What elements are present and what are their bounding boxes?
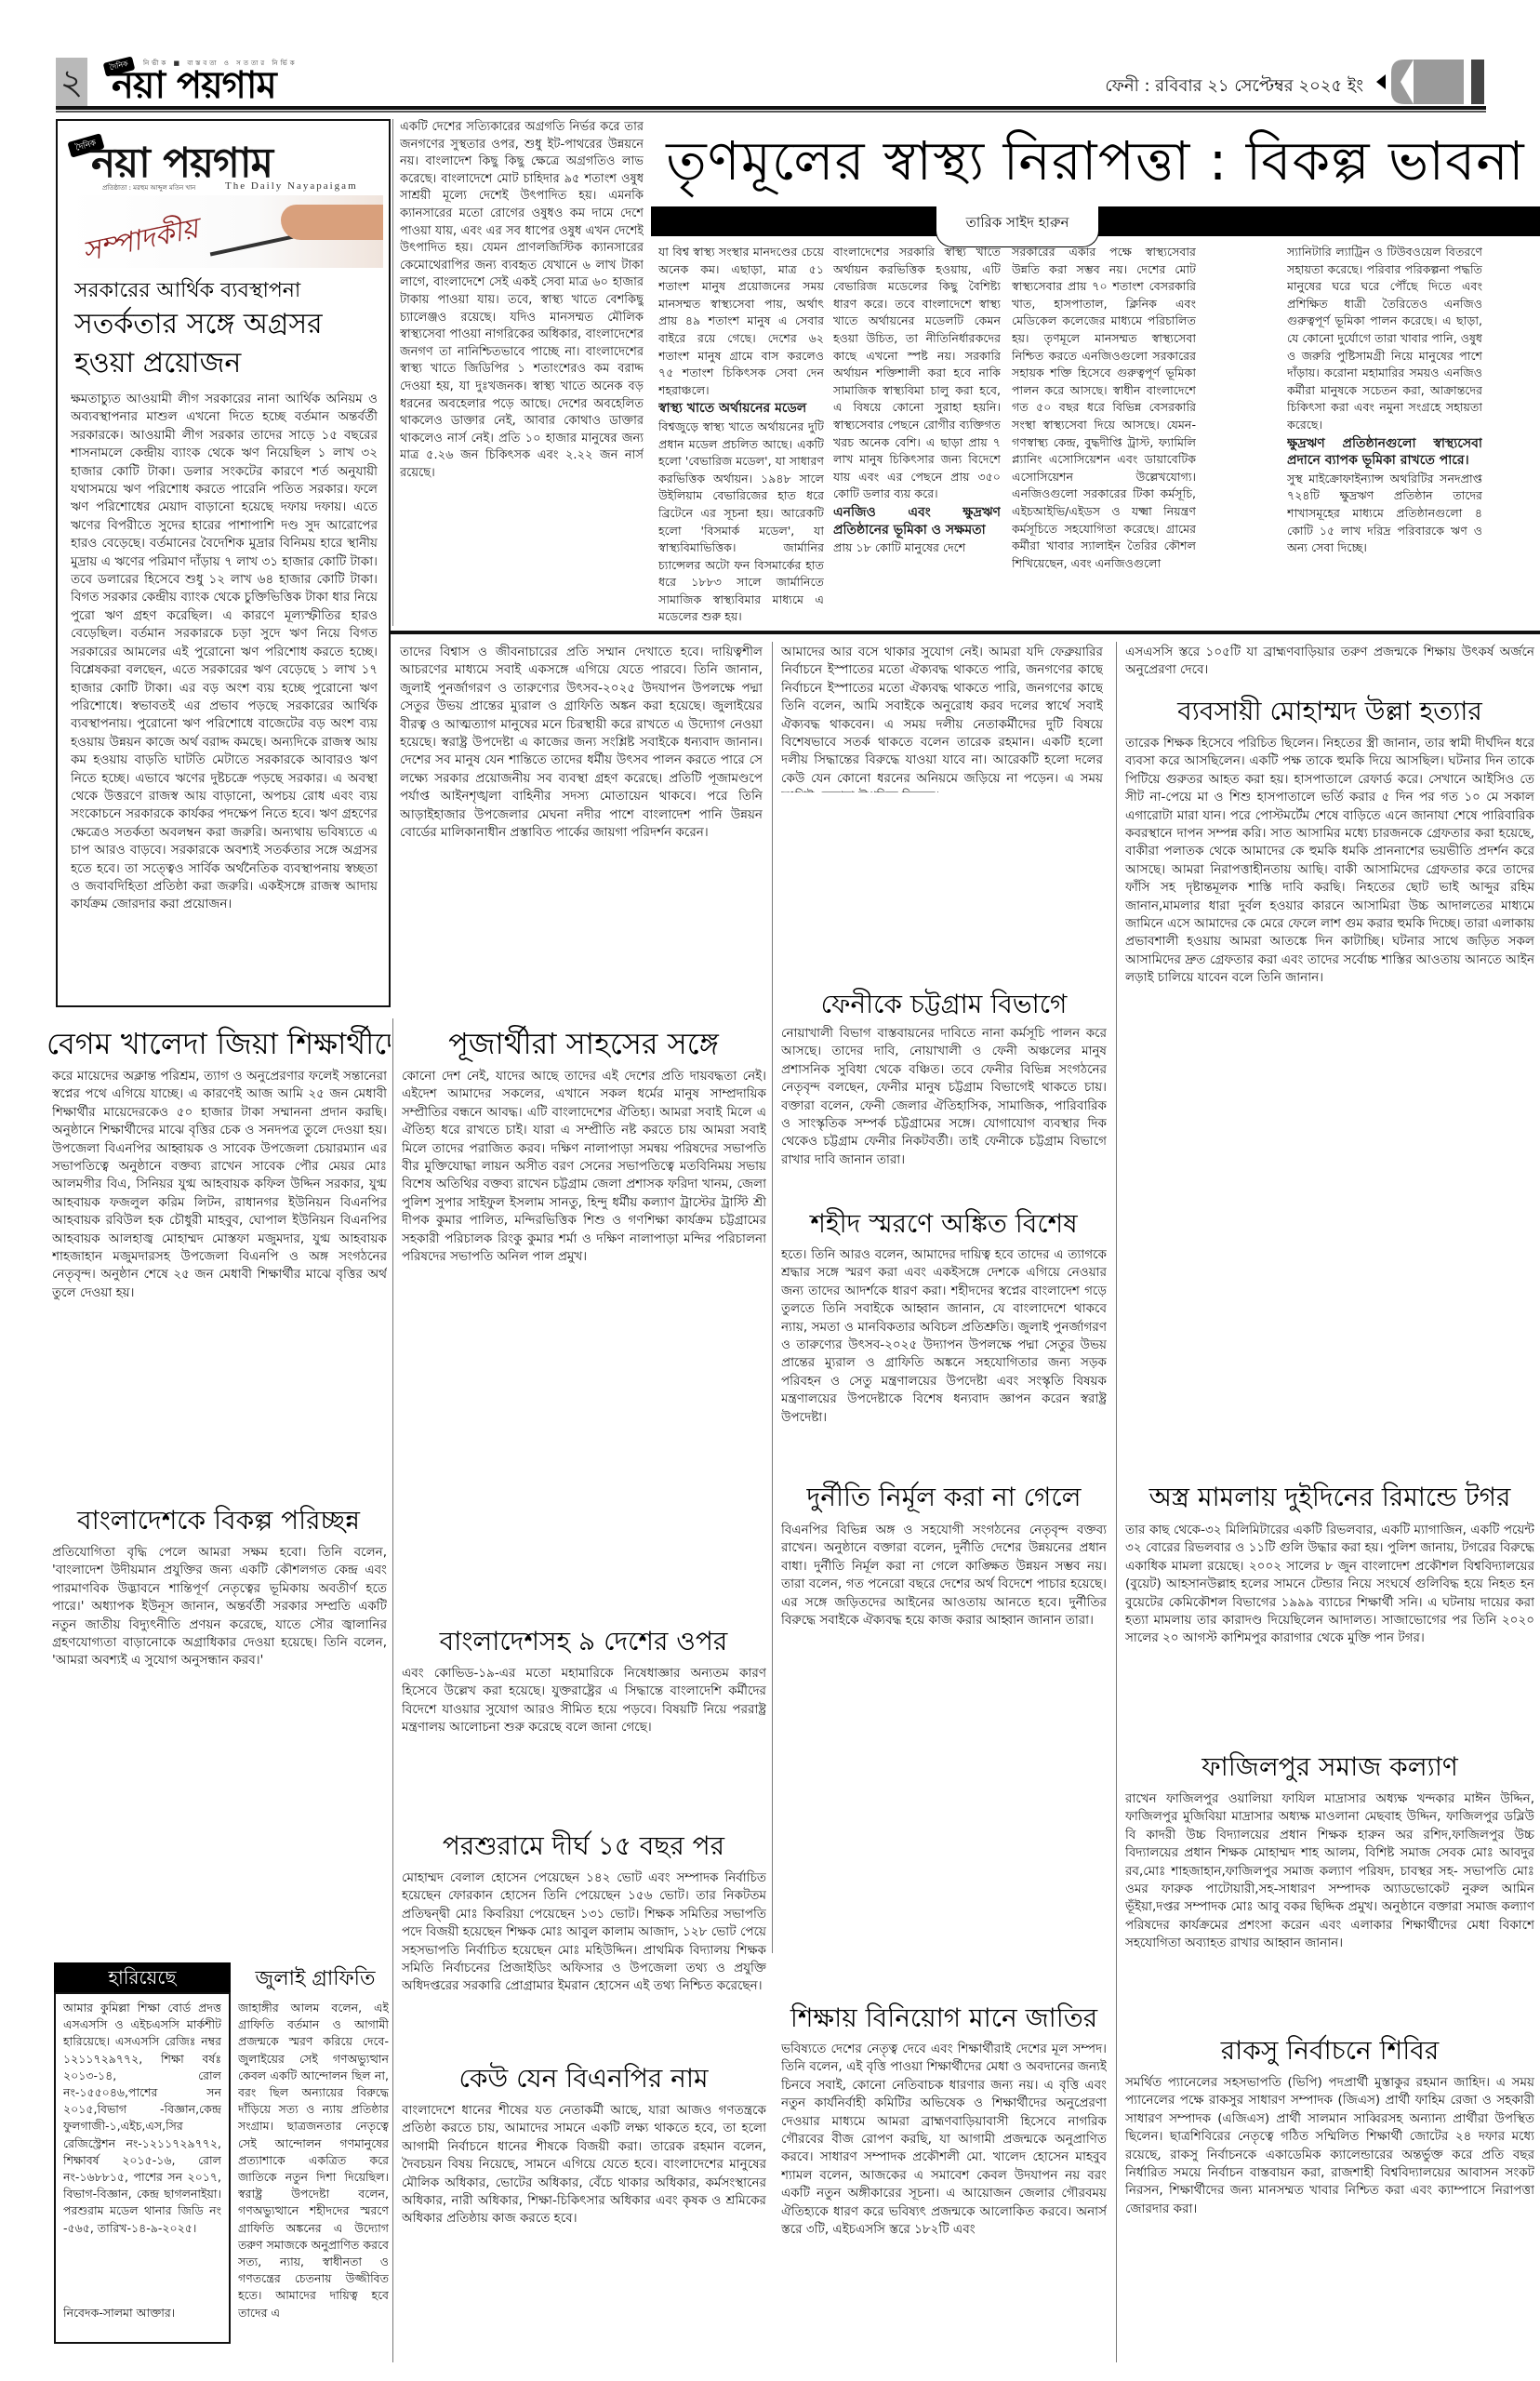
headline-shaheed[interactable]: শহীদ স্মরণে অঙ্কিত বিশেষ [781,1205,1107,1243]
column-text: সুস্থ মাইক্রোফাইন্যান্স অথরিটির সনদপ্রাপ… [1287,471,1482,557]
article-body-bd-clean: প্রতিযোগিতা বৃদ্ধি পেলে আমরা সক্ষম হবো। … [52,1544,387,1953]
editorial-title: সতর্কতার সঙ্গে অগ্রসর হওয়া প্রয়োজন [74,305,381,383]
article-body-puja: কোনো দেশ নেই, যাদের আছে তাদের এই দেশের প… [402,1068,766,1616]
column-text: বাংলাদেশের সরকারি স্বাস্থ্য খাতে অর্থায়… [833,244,1001,503]
lost-notice-heading: হারিয়েছে [54,1962,231,1992]
column-text: সরকারের একার পক্ষে স্বাস্থ্যসেবার উন্নতি… [1012,244,1196,572]
article-body-corruption: বিএনপির বিভিন্ন অঙ্গ ও সহযোগী সংগঠনের নে… [781,1522,1107,1991]
section-rule [391,631,1540,634]
top-column-text: একটি দেশের সত্যিকারের অগ্রগতি নির্ভর করে… [400,119,644,626]
editorial-kicker: সরকারের আর্থিক ব্যবস্থাপনা [74,274,300,309]
header-rule-thin [56,111,1486,113]
lost-notice-body: আমার কুমিল্লা শিক্ষা বোর্ড প্রদত্ত এসএসস… [63,2000,221,2297]
page-number: ২ [56,58,87,106]
lost-notice-signature: নিবেদক-সালমা আক্তার। [63,2305,221,2321]
author-name[interactable]: তারিক সাইদ হারুন [936,206,1099,247]
headline-fazilpur[interactable]: ফাজিলপুর সমাজ কল্যাণ [1125,1749,1534,1786]
column-divider [772,642,773,1953]
headline-togor[interactable]: অস্ত্র মামলায় দুইদিনের রিমান্ডে টগর [1125,1479,1534,1516]
main-article-column-2: বাংলাদেশের সরকারি স্বাস্থ্য খাতে অর্থায়… [833,244,1001,625]
column-divider [392,119,393,626]
page-tab-icon [1376,58,1486,106]
lost-notice-box: আমার কুমিল্লা শিক্ষা বোর্ড প্রদত্ত এসএসস… [54,1992,231,2344]
headline-corruption[interactable]: দুর্নীতি নির্মূল করা না গেলে [781,1479,1107,1516]
article-body-murder: তারেক শিক্ষক হিসেবে পরিচিত ছিলেন। নিহতের… [1125,735,1534,1446]
continued-column-a: তাদের বিশ্বাস ও জীবনাচারের প্রতি সম্মান … [400,644,763,964]
headline-murder[interactable]: ব্যবসায়ী মোহাম্মদ উল্লা হত্যার [1125,693,1534,730]
article-body-togor: তার কাছ থেকে-৩২ মিলিমিটারের একটি রিভলবার… [1125,1522,1534,1740]
main-article-column-3: সরকারের একার পক্ষে স্বাস্থ্যসেবার উন্নতি… [1012,244,1196,625]
main-article-column-4: স্যানিটারি ল্যাট্রিন ও টিউবওয়েল বিতরণে … [1287,244,1482,625]
hand-image [281,205,383,240]
main-headline[interactable]: তৃণমূলের স্বাস্থ্য নিরাপত্তা : বিকল্প ভা… [651,119,1540,203]
headline-graffiti[interactable]: জুলাই গ্রাফিতি [238,1961,392,1998]
headline-bnp-name[interactable]: কেউ যেন বিএনপির নাম [400,2060,767,2097]
subheading: ক্ষুদ্রঋণ প্রতিষ্ঠানগুলো স্বাস্থ্যসেবা প… [1287,435,1482,470]
logo-english: The Daily Nayapaigam [225,180,358,192]
article-body-bd9: এবং কোভিড-১৯-এর মতো মহামারিকে নিষেধাজ্ঞা… [402,1665,766,1814]
editorial-body: ক্ষমতাচ্যুত আওয়ামী লীগ সরকারের নানা আর্… [71,391,378,1000]
editorial-box: দৈনিক নয়া পয়গাম প্রতিষ্ঠাতা : মরহুম আব… [56,119,391,1007]
article-body-education: ভবিষ্যতে দেশের নেতৃত্ব দেবে এবং শিক্ষার্… [781,2041,1107,2362]
continued-column-c: এসএসসি স্তরে ১০৫টি যা ব্রাহ্মণবাড়িয়ার … [1125,644,1534,681]
headline-bd9[interactable]: বাংলাদেশসহ ৯ দেশের ওপর [400,1623,767,1660]
issue-date: ফেনী : রবিবার ২১ সেপ্টেম্বর ২০২৫ ইং [1105,73,1363,101]
column-divider [1116,642,1117,2362]
article-body-bnp-name: বাংলাদেশে ধানের শীষের যত নেতাকর্মী আছে, … [402,2102,766,2362]
editorial-logo: দৈনিক নয়া পয়গাম প্রতিষ্ঠাতা : মরহুম আব… [65,128,381,193]
headline-education[interactable]: শিক্ষায় বিনিয়োগ মানে জাতির [781,2000,1107,2037]
header-rule [56,106,1486,110]
headline-khaleda[interactable]: বেগম খালেদা জিয়া শিক্ষার্থীদের [46,1023,391,1064]
author-bar: তারিক সাইদ হারুন [651,206,1540,236]
article-body-raksu: সমর্থিত প্যানেলের সহসভাপতি (ভিপি) পদপ্রা… [1125,2074,1534,2362]
headline-bd-clean[interactable]: বাংলাদেশকে বিকল্প পরিচ্ছন্ন [46,1502,391,1539]
article-body-parshuram: মোহাম্মদ বেলাল হোসেন পেয়েছেন ১৪২ ভোট এব… [402,1869,766,2046]
column-text: প্রায় ১৮ কোটি মানুষের দেশে [833,539,1001,557]
headline-feni-ctg[interactable]: ফেনীকে চট্টগ্রাম বিভাগে [781,986,1107,1023]
continued-column-b: আমাদের আর বসে থাকার সুযোগ নেই। আমরা যদি … [781,644,1103,792]
headline-puja[interactable]: পূজার্থীরা সাহসের সঙ্গে [400,1023,767,1064]
column-text: বিশ্বজুড়ে স্বাস্থ্য খাতে অর্থায়নের দুট… [658,419,824,625]
article-body-fazilpur: রাখেন ফাজিলপুর ওয়ালিয়া ফাযিল মাদ্রাসার… [1125,1790,1534,2023]
article-body-shaheed: হতে। তিনি আরও বলেন, আমাদের দায়িত্ব হবে … [781,1246,1107,1470]
headline-parshuram[interactable]: পরশুরামে দীর্ঘ ১৫ বছর পর [400,1828,767,1865]
main-article-column-1: যা বিশ্ব স্বাস্থ্য সংস্থার মানদণ্ডের চেয… [658,244,824,625]
headline-raksu[interactable]: রাকসু নির্বাচনে শিবির [1125,2032,1534,2069]
masthead-logo[interactable]: দৈনিক নিভীক ■ বাস্তবতা ও সততার নির্ভিক ন… [93,58,339,106]
column-text: যা বিশ্ব স্বাস্থ্য সংস্থার মানদণ্ডের চেয… [658,244,824,399]
column-divider [392,1018,393,2362]
column-text: স্যানিটারি ল্যাট্রিন ও টিউবওয়েল বিতরণে … [1287,244,1482,434]
logo-text: নয়া পয়গাম [112,63,276,108]
article-body-khaleda: করে মায়েদের অক্লান্ত পরিশ্রম, ত্যাগ ও অ… [52,1068,387,1491]
editorial-banner: সম্পাদকীয় [67,195,383,268]
editorial-label: সম্পাদকীয় [78,206,203,268]
subheading: স্বাস্থ্য খাতে অর্থায়নের মডেল [658,400,824,418]
article-body-graffiti: জাহাঙ্গীর আলম বলেন, এই গ্রাফিতি বর্তমান … [238,2000,389,2362]
subheading: এনজিও এবং ক্ষুদ্রঋণ প্রতিষ্ঠানের ভূমিকা … [833,504,1001,539]
founder-line: প্রতিষ্ঠাতা : মরহুম আব্দুল মতিন খান [102,182,195,193]
